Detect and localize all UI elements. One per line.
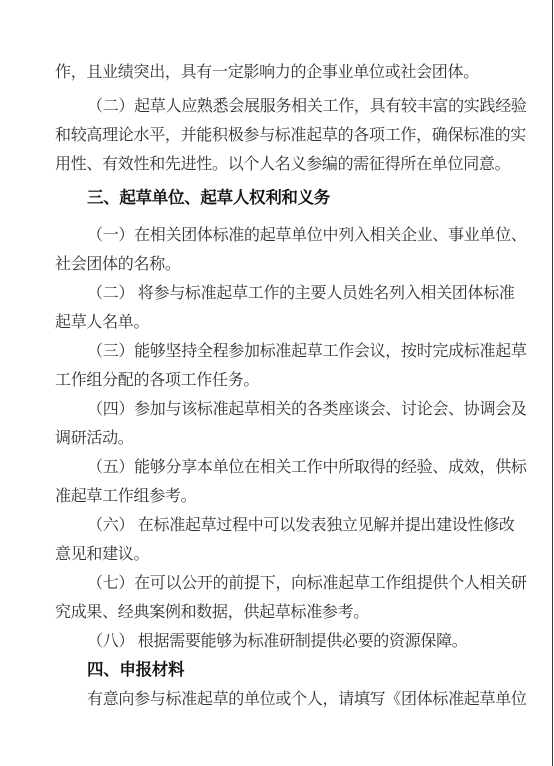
section-heading-4: 四、申报材料 [55, 656, 525, 685]
document-line: （二） 将参与标准起草工作的主要人员姓名列入相关团体标准 [55, 279, 525, 308]
document-line: 意见和建议。 [55, 540, 525, 569]
document-line: （四）参加与该标准起草相关的各类座谈会、讨论会、协调会及 [55, 395, 525, 424]
document-line: （三）能够坚持全程参加标准起草工作会议，按时完成标准起草 [55, 337, 525, 366]
document-line: 作，且业绩突出，具有一定影响力的企事业单位或社会团体。 [55, 58, 525, 87]
document-line: （一）在相关团体标准的起草单位中列入相关企业、事业单位、 [55, 221, 525, 250]
document-line: 工作组分配的各项工作任务。 [55, 366, 525, 395]
section-heading-3: 三、起草单位、起草人权利和义务 [55, 184, 525, 213]
document-line: （五）能够分享本单位在相关工作中所取得的经验、成效，供标 [55, 453, 525, 482]
document-line: 社会团体的名称。 [55, 250, 525, 279]
document-line: 有意向参与标准起草的单位或个人，请填写《团体标准起草单位 [55, 685, 525, 714]
document-line: 究成果、经典案例和数据，供起草标准参考。 [55, 598, 525, 627]
document-text-block: 作，且业绩突出，具有一定影响力的企事业单位或社会团体。 （二）起草人应熟悉会展服… [55, 58, 525, 714]
document-line: （七）在可以公开的前提下，向标准起草工作组提供个人相关研 [55, 569, 525, 598]
document-line: 和较高理论水平，并能积极参与标准起草的各项工作，确保标准的实 [55, 121, 525, 150]
document-line: （六） 在标准起草过程中可以发表独立见解并提出建设性修改 [55, 511, 525, 540]
document-line: 调研活动。 [55, 424, 525, 453]
document-line: 用性、有效性和先进性。以个人名义参编的需征得所在单位同意。 [55, 150, 525, 179]
document-line: 起草人名单。 [55, 308, 525, 337]
document-line: （二）起草人应熟悉会展服务相关工作，具有较丰富的实践经验 [55, 92, 525, 121]
document-page: 作，且业绩突出，具有一定影响力的企事业单位或社会团体。 （二）起草人应熟悉会展服… [0, 0, 554, 766]
page-edge-line [552, 0, 553, 766]
document-line: （八） 根据需要能够为标准研制提供必要的资源保障。 [55, 627, 525, 656]
document-line: 准起草工作组参考。 [55, 482, 525, 511]
